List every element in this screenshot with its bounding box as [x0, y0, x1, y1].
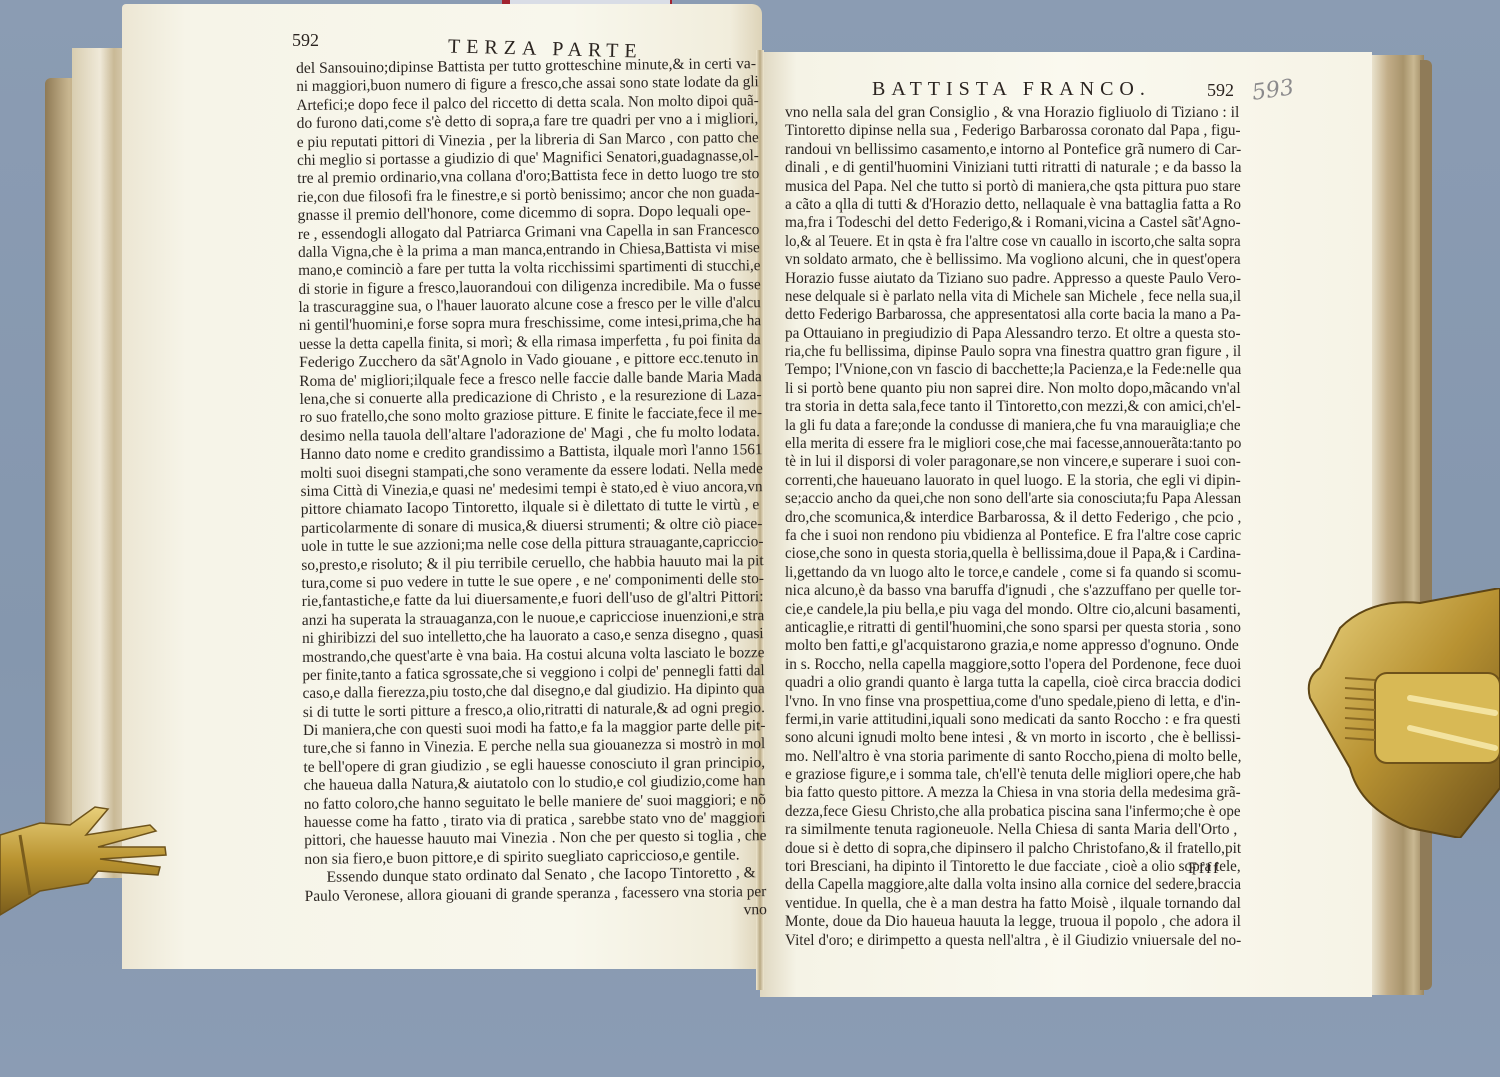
right-cover-edge	[1420, 60, 1432, 990]
text-line: dezza,fece Giesu Christo,che alla probat…	[785, 803, 1225, 821]
text-line: ra similmente tenuta ragioneuole. Nella …	[785, 821, 1241, 839]
text-line: ventidue. In quella, che è a man destra …	[785, 895, 1227, 913]
text-line: randoui vn bellissimo casamento,e intorn…	[785, 141, 1232, 159]
text-line: ciose,che sono in questa storia,quella è…	[785, 545, 1225, 563]
text-line: molto ben fatti,e gl'acquistarono grazia…	[785, 637, 1241, 655]
text-line: in s. Roccho, nella capella maggiore,sot…	[785, 656, 1232, 674]
text-line: ria,che fu bellissima, dipinse Paulo sop…	[785, 343, 1224, 361]
text-line: tè in lui il disporsi di voler paragonar…	[785, 453, 1227, 471]
text-line: Horazio fusse aiutato da Tiziano suo pad…	[785, 270, 1233, 288]
text-line: vno nella sala del gran Consiglio , & vn…	[785, 104, 1241, 122]
text-line: Tintoretto dipinse nella sua , Federigo …	[785, 122, 1229, 140]
text-line: vn soldato armato, che è bellissimo. Ma …	[785, 251, 1227, 269]
left-page-text: del Sansouino;dipinse Battista per tutto…	[296, 55, 767, 924]
signature-mark: Ffff	[1188, 860, 1220, 878]
text-line: li si portò bene quanto piu non saprei d…	[785, 380, 1233, 398]
text-line: se;accio ancho da quei,che non sono dell…	[785, 490, 1222, 508]
text-line: a cãto a qlla di tutti & d'Horazio detto…	[785, 196, 1230, 214]
text-line: musica del Papa. Nel che tutto si portò …	[785, 178, 1226, 196]
text-line: bia fatto questo pittore. A mezza la Chi…	[785, 784, 1223, 802]
text-line: dro,che scomunica,& interdice Barbarossa…	[785, 509, 1234, 527]
left-folio: 592	[292, 30, 319, 51]
text-line: mo. Nell'altro è vna storia parimente di…	[785, 748, 1233, 766]
text-line: tra storia in detta sala,fece tanto il T…	[785, 398, 1234, 416]
text-line: doue si è detto di sopra,che dipinsero i…	[785, 840, 1232, 858]
brass-hand-paperweight-right-icon	[1300, 588, 1500, 838]
text-line: e graziose figure,e i somma tale, ch'ell…	[785, 766, 1227, 784]
brass-hand-paperweight-left-icon	[0, 795, 170, 925]
text-line: sono alcuni ignudi molto bene intesi , &…	[785, 729, 1226, 747]
right-running-head: BATTISTA FRANCO.	[872, 78, 1151, 101]
text-line: l'vno. In vno finse vna prospettiua,come…	[785, 693, 1226, 711]
text-line: Vitel d'oro; e dirimpetto a questa nell'…	[785, 932, 1230, 950]
text-line: nese delquale si è parlato nella vita di…	[785, 288, 1220, 306]
text-line: tori Bresciani, ha dipinto il Tintoretto…	[785, 858, 1226, 876]
text-line: cie,e candele,la piu bella,e piu vaga de…	[785, 601, 1229, 619]
text-line: Monte, doue da Dio haueua hauuta la legg…	[785, 913, 1234, 931]
text-line: Tempo; l'Vnione,con vn fascio di bacchet…	[785, 361, 1231, 379]
text-line: correnti,che haueuano lauorato in quel l…	[785, 472, 1233, 490]
right-folio: 592	[1207, 80, 1234, 101]
text-line: lo,& al Teuere. Et in qsta è fra l'altre…	[785, 233, 1214, 251]
text-line: della Capella maggiore,alte dalla volta …	[785, 876, 1224, 894]
text-line: nica alcuno,è da basso vna baruffa d'ign…	[785, 582, 1229, 600]
text-line: detto Federigo Barbarossa, che appresent…	[785, 306, 1224, 324]
text-line: anticaglie,e ritratti di gentil'huomini,…	[785, 619, 1226, 637]
right-page-stack	[1372, 55, 1424, 995]
text-line: li,gettando da vn luogo alto le torce,e …	[785, 564, 1225, 582]
right-page-text: vno nella sala del gran Consiglio , & vn…	[785, 104, 1241, 950]
text-line: la gli fu data a fare;onde la condusse d…	[785, 417, 1223, 435]
text-line: fermi,in varie attitudini,iquali sono me…	[785, 711, 1233, 729]
text-line: quadri a olio grandi quanto è larga tutt…	[785, 674, 1228, 692]
text-line: fa che i suoi non rendono piu vbidienza …	[785, 527, 1223, 545]
text-line: pa Ottauiano in pregiudizio di Papa Ales…	[785, 325, 1231, 343]
text-line: ma,fra i Todeschi del detto Federigo,& i…	[785, 214, 1234, 232]
text-line: dinali , e di gentil'huomini Viniziani t…	[785, 159, 1239, 177]
text-line: ella merita di essere fra le migliori co…	[785, 435, 1223, 453]
